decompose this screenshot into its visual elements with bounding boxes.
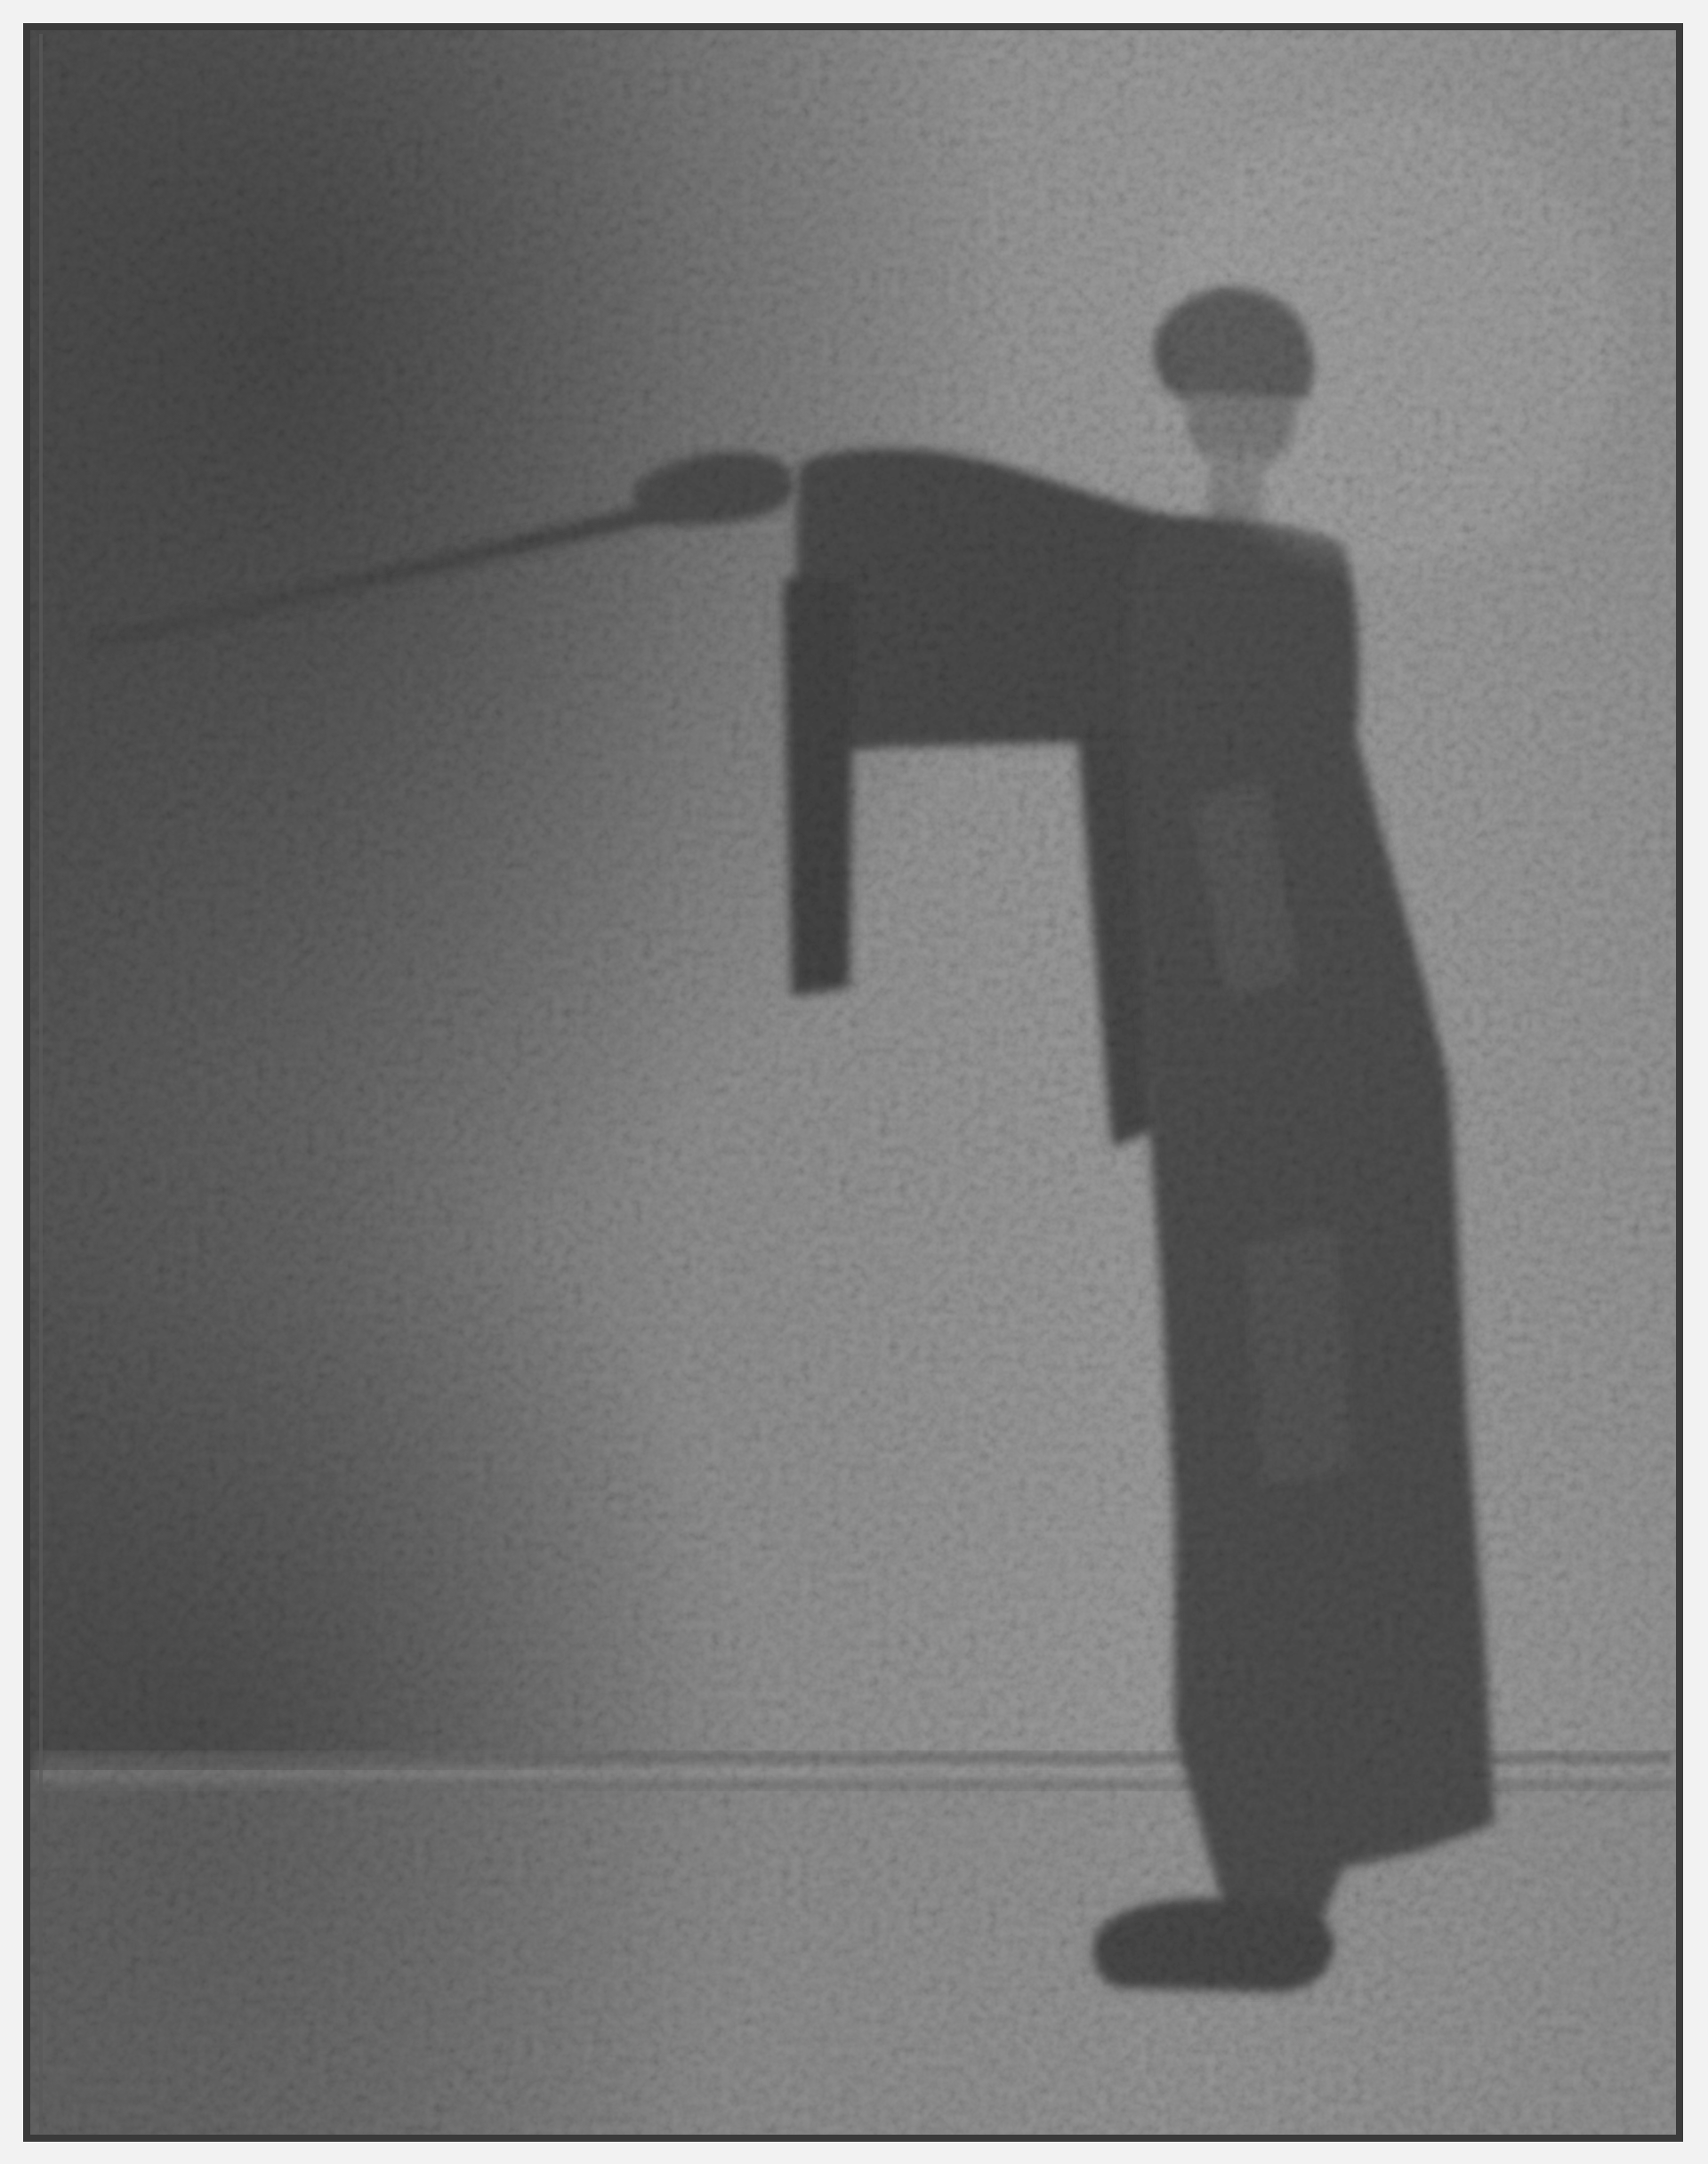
photograph (0, 0, 1708, 2164)
photo-content (28, 28, 1676, 2136)
photo-canvas (0, 0, 1708, 2164)
feet (1093, 1898, 1334, 1992)
